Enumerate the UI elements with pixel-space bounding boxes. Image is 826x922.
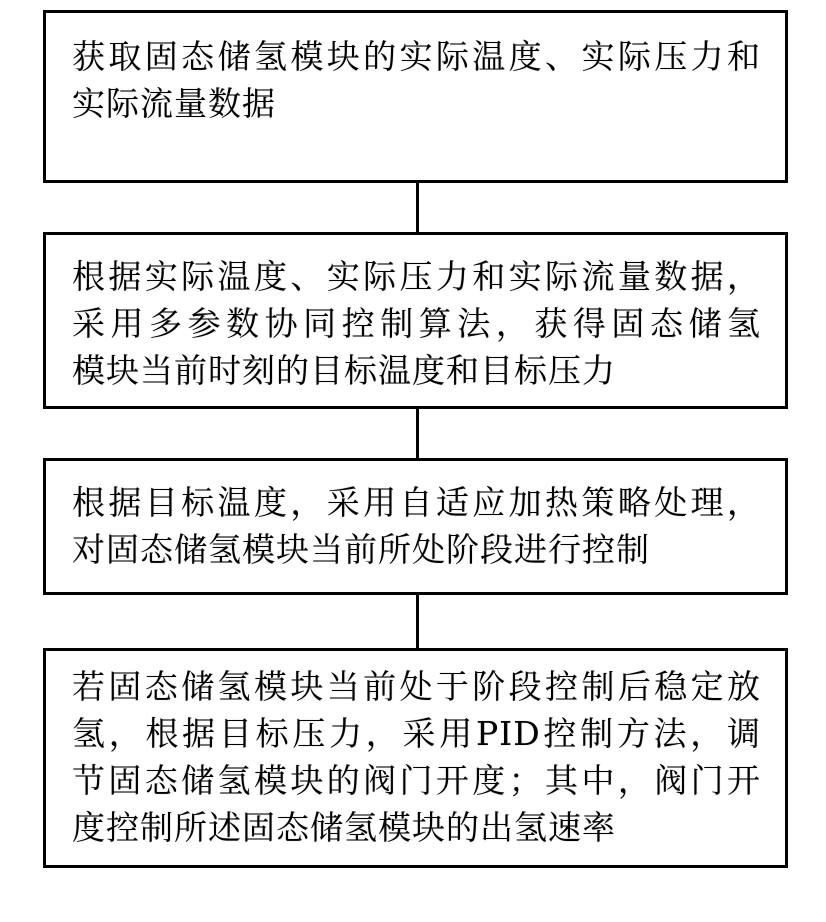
step-3-line-1: 根据目标温度，采用自适应加热策略处理， (72, 479, 761, 526)
connector-line-3 (416, 595, 419, 648)
flow-step-4: 若固态储氢模块当前处于阶段控制后稳定放 氢，根据目标压力，采用PID控制方法，调… (43, 648, 788, 868)
flow-step-2: 根据实际温度、实际压力和实际流量数据， 采用多参数协同控制算法，获得固态储氢 模… (43, 232, 788, 409)
step-2-line-3: 模块当前时刻的目标温度和目标压力 (72, 347, 761, 394)
step-4-line-2: 氢，根据目标压力，采用PID控制方法，调 (72, 710, 761, 757)
flow-step-3: 根据目标温度，采用自适应加热策略处理， 对固态储氢模块当前所处阶段进行控制 (43, 458, 788, 595)
step-1-line-1: 获取固态储氢模块的实际温度、实际压力和 (72, 33, 761, 80)
step-3-line-2: 对固态储氢模块当前所处阶段进行控制 (72, 526, 761, 573)
flowchart-figure: 获取固态储氢模块的实际温度、实际压力和 实际流量数据 根据实际温度、实际压力和实… (0, 0, 826, 922)
step-2-line-2: 采用多参数协同控制算法，获得固态储氢 (72, 300, 761, 347)
flow-step-1: 获取固态储氢模块的实际温度、实际压力和 实际流量数据 (43, 10, 788, 183)
step-4-line-3: 节固态储氢模块的阀门开度；其中，阀门开 (72, 757, 761, 804)
step-4-line-1: 若固态储氢模块当前处于阶段控制后稳定放 (72, 663, 761, 710)
connector-line-1 (416, 183, 419, 232)
connector-line-2 (416, 409, 419, 458)
step-2-line-1: 根据实际温度、实际压力和实际流量数据， (72, 253, 761, 300)
step-4-line-4: 度控制所述固态储氢模块的出氢速率 (72, 804, 761, 851)
step-1-line-2: 实际流量数据 (72, 80, 761, 127)
